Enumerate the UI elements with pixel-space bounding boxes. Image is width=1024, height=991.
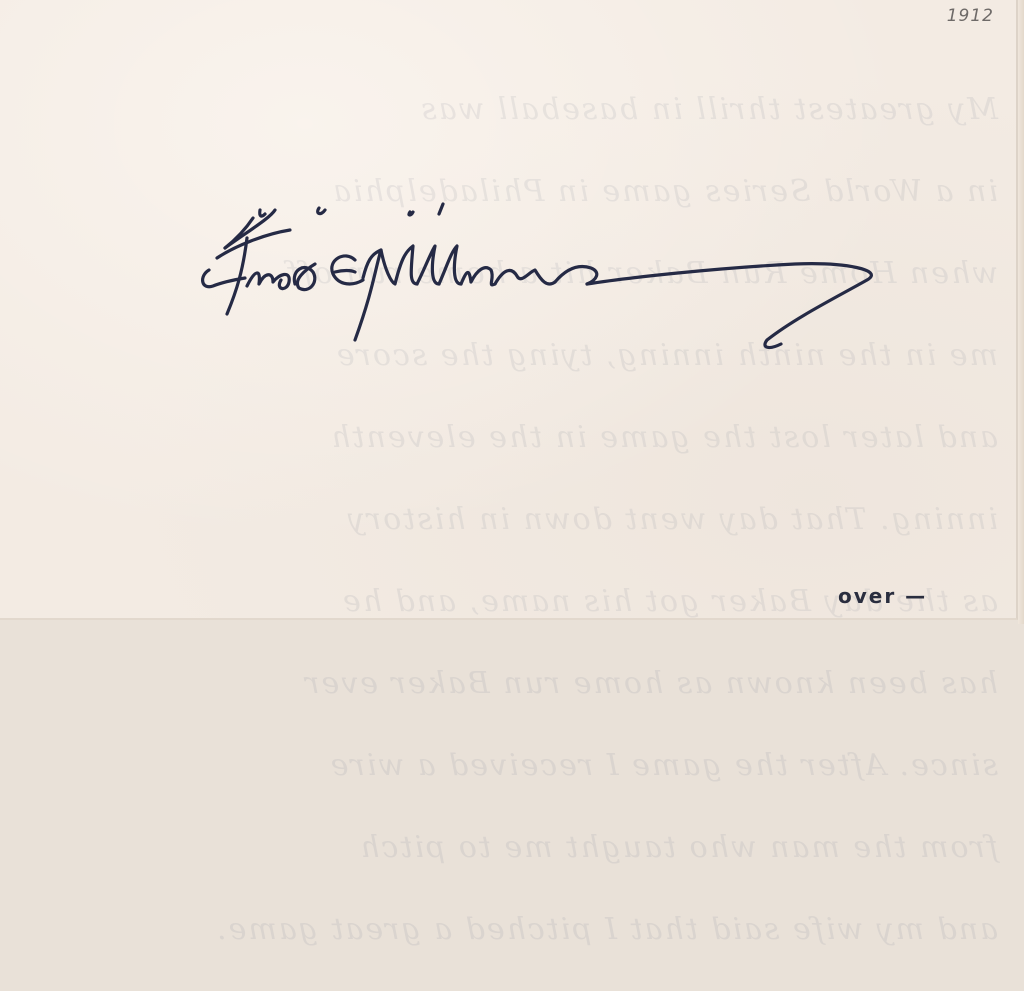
bleed-line: My greatest thrill in baseball was bbox=[30, 89, 998, 130]
signature: Fred C. Williams bbox=[195, 190, 895, 360]
index-card: My greatest thrill in baseball was in a … bbox=[0, 0, 1018, 620]
over-annotation: over — bbox=[838, 584, 927, 608]
signature-ink bbox=[195, 190, 895, 360]
bleed-line: and later lost the game in the eleventh bbox=[30, 417, 998, 458]
card-edge bbox=[1018, 0, 1024, 624]
year-annotation: 1912 bbox=[947, 6, 994, 26]
bleed-line: inning. That day went down in history bbox=[30, 499, 998, 540]
